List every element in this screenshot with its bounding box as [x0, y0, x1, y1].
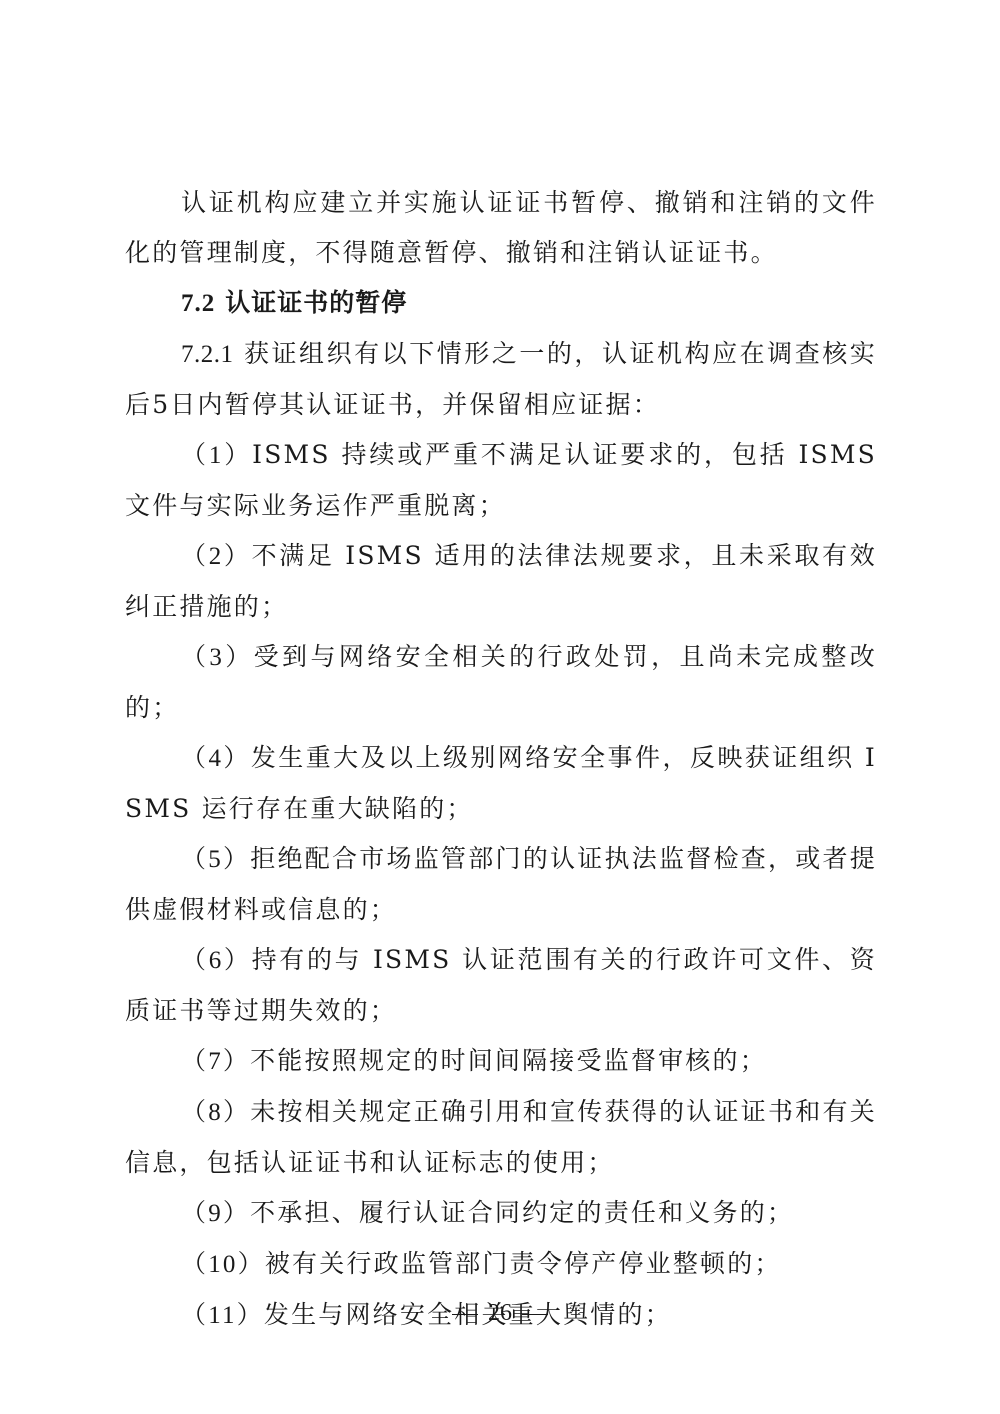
list-item: （2）不满足 ISMS 适用的法律法规要求，且未采取有效纠正措施的； — [125, 531, 877, 632]
section-title: 认证证书的暂停 — [225, 288, 407, 317]
intro-paragraph: 认证机构应建立并实施认证证书暂停、撤销和注销的文件化的管理制度，不得随意暂停、撤… — [125, 178, 877, 278]
section-heading: 7.2认证证书的暂停 — [125, 278, 877, 329]
dash-decoration-left — [452, 1314, 478, 1315]
clause-number: 7.2.1 — [181, 341, 234, 368]
list-item: （4）发生重大及以上级别网络安全事件，反映获证组织 ISMS 运行存在重大缺陷的… — [125, 733, 877, 834]
item-label: （5） — [181, 846, 250, 873]
clause-paragraph: 7.2.1 获证组织有以下情形之一的，认证机构应在调查核实后5日内暂停其认证证书… — [125, 329, 877, 430]
item-text: 不能按照规定的时间间隔接受监督审核的； — [250, 1046, 767, 1075]
list-item: （1）ISMS 持续或严重不满足认证要求的，包括 ISMS 文件与实际业务运作严… — [125, 430, 877, 531]
document-page: 认证机构应建立并实施认证证书暂停、撤销和注销的文件化的管理制度，不得随意暂停、撤… — [125, 178, 877, 1341]
list-item: （10）被有关行政监管部门责令停产停业整顿的； — [125, 1239, 877, 1290]
item-label: （4） — [181, 745, 251, 772]
item-label: （1） — [181, 442, 252, 469]
list-item: （5）拒绝配合市场监管部门的认证执法监督检查，或者提供虚假材料或信息的； — [125, 834, 877, 935]
item-label: （6） — [181, 947, 252, 974]
section-number: 7.2 — [181, 290, 215, 317]
list-item: （6）持有的与 ISMS 认证范围有关的行政许可文件、资质证书等过期失效的； — [125, 935, 877, 1036]
item-label: （8） — [181, 1099, 250, 1126]
item-label: （10） — [181, 1251, 265, 1278]
item-text: 被有关行政监管部门责令停产停业整顿的； — [265, 1249, 782, 1278]
clause-text: 获证组织有以下情形之一的，认证机构应在调查核实后5日内暂停其认证证书，并保留相应… — [125, 339, 877, 419]
item-label: （9） — [181, 1200, 250, 1227]
list-item: （3）受到与网络安全相关的行政处罚，且尚未完成整改的； — [125, 632, 877, 733]
item-label: （3） — [181, 644, 254, 671]
item-label: （7） — [181, 1048, 250, 1075]
item-label: （2） — [181, 543, 252, 570]
item-text: 不承担、履行认证合同约定的责任和义务的； — [250, 1198, 794, 1227]
list-item: （9）不承担、履行认证合同约定的责任和义务的； — [125, 1188, 877, 1239]
page-footer: 26 — [0, 1300, 1000, 1327]
page-number: 26 — [488, 1300, 512, 1326]
dash-decoration-right — [522, 1314, 548, 1315]
list-item: （7）不能按照规定的时间间隔接受监督审核的； — [125, 1036, 877, 1087]
list-item: （8）未按相关规定正确引用和宣传获得的认证证书和有关信息，包括认证证书和认证标志… — [125, 1087, 877, 1188]
